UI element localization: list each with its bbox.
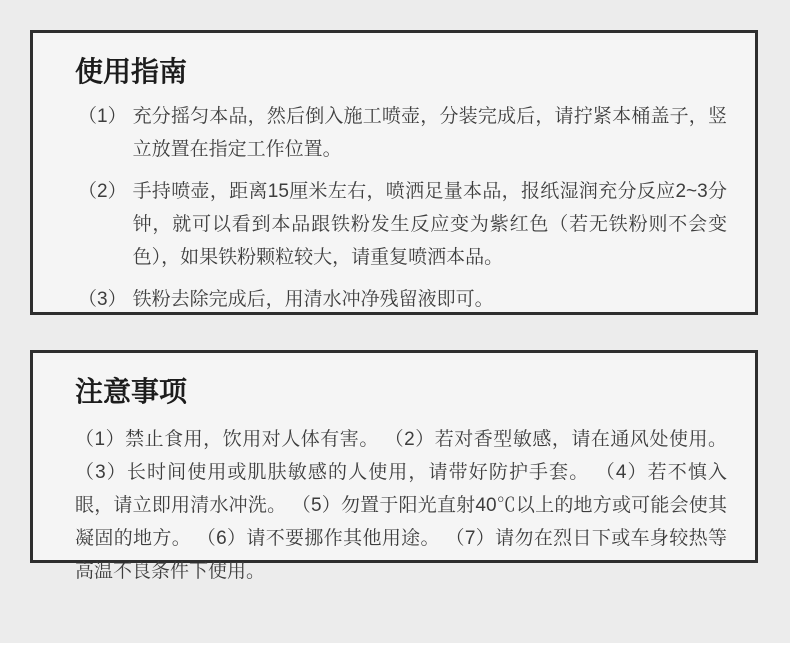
item-marker: （3）: [78, 283, 127, 316]
list-item: （3） 铁粉去除完成后，用清水冲净残留液即可。: [78, 283, 727, 316]
instruction-page: 使用指南 （1） 充分摇匀本品，然后倒入施工喷壶，分装完成后，请拧紧本桶盖子，竖…: [0, 0, 790, 656]
bottom-white-strip: [0, 643, 790, 656]
item-marker: （2）: [78, 175, 127, 274]
item-marker: （1）: [78, 100, 127, 166]
precautions-title: 注意事项: [75, 375, 727, 409]
item-text: 手持喷壶，距离15厘米左右，喷洒足量本品，报纸湿润充分反应2~3分钟，就可以看到…: [133, 175, 727, 274]
precautions-text: （1）禁止食用，饮用对人体有害。 （2）若对香型敏感，请在通风处使用。 （3）长…: [75, 423, 727, 588]
usage-guide-list: （1） 充分摇匀本品，然后倒入施工喷壶，分装完成后，请拧紧本桶盖子，竖立放置在指…: [75, 100, 727, 316]
item-text: 铁粉去除完成后，用清水冲净残留液即可。: [133, 283, 727, 316]
usage-guide-title: 使用指南: [75, 55, 727, 89]
item-text: 充分摇匀本品，然后倒入施工喷壶，分装完成后，请拧紧本桶盖子，竖立放置在指定工作位…: [133, 100, 727, 166]
list-item: （1） 充分摇匀本品，然后倒入施工喷壶，分装完成后，请拧紧本桶盖子，竖立放置在指…: [78, 100, 727, 166]
list-item: （2） 手持喷壶，距离15厘米左右，喷洒足量本品，报纸湿润充分反应2~3分钟，就…: [78, 175, 727, 274]
usage-guide-card: 使用指南 （1） 充分摇匀本品，然后倒入施工喷壶，分装完成后，请拧紧本桶盖子，竖…: [30, 30, 758, 315]
precautions-card: 注意事项 （1）禁止食用，饮用对人体有害。 （2）若对香型敏感，请在通风处使用。…: [30, 350, 758, 563]
